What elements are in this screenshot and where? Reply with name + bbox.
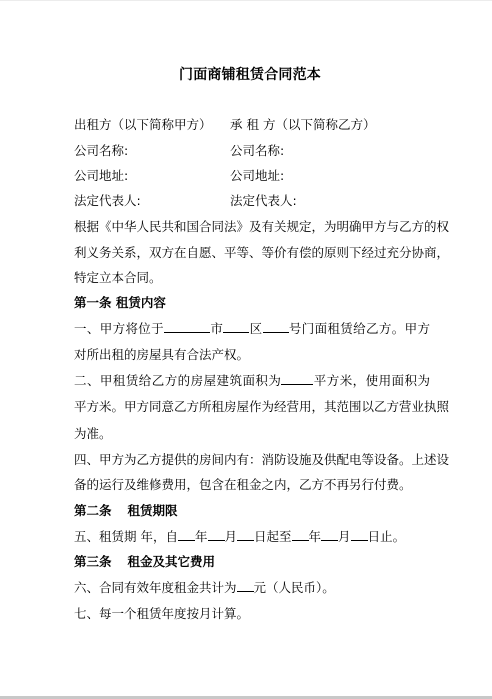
section-2-title: 租赁期限 — [128, 503, 178, 518]
clause-5-end-year-label: 年 — [309, 529, 322, 544]
clause-4-line-2: 备的运行及维修费用，包含在租金之内，乙方不再另行付费。 — [74, 475, 412, 495]
clause-1-text-b: 市 — [210, 321, 223, 336]
company-name-row: 公司名称: 公司名称: — [74, 141, 434, 161]
section-3-title: 租金及其它费用 — [128, 554, 216, 569]
section-2-heading: 第二条租赁期限 — [74, 501, 178, 521]
annual-rent-blank — [237, 578, 254, 592]
start-month-blank — [208, 527, 225, 541]
start-year-blank — [178, 527, 195, 541]
clause-2-text-a: 二、甲租赁给乙方的房屋建筑面积为 — [74, 373, 281, 388]
company-address-row: 公司地址: 公司地址: — [74, 166, 434, 186]
end-month-blank — [321, 527, 338, 541]
lessee-company-name-label: 公司名称: — [230, 141, 284, 161]
parties-header-row: 出租方（以下简称甲方） 承 租 方（以下简称乙方） — [74, 115, 434, 135]
preamble-line-3: 特定立本合同。 — [74, 268, 162, 288]
lessee-company-address-label: 公司地址: — [230, 166, 284, 186]
clause-5-text-b: 日起至 — [254, 529, 292, 544]
clause-5-line: 五、租赁期 年，自年月日起至年月日止。 — [74, 527, 405, 547]
page-top-border — [0, 0, 492, 1]
city-blank — [164, 319, 210, 333]
end-year-blank — [292, 527, 309, 541]
clause-5-text-c: 日止。 — [368, 529, 406, 544]
clause-1-line-2: 对所出租的房屋具有合法产权。 — [74, 345, 249, 365]
preamble-line-1: 根据《中华人民共和国合同法》及有关规定，为明确甲方与乙方的权 — [74, 217, 430, 237]
legal-rep-row: 法定代表人: 法定代表人: — [74, 191, 434, 211]
start-day-blank — [237, 527, 254, 541]
lessor-company-name-label: 公司名称: — [74, 143, 128, 158]
district-blank — [223, 319, 249, 333]
clause-6-line: 六、合同有效年度租金共计为元（人民币）。 — [74, 578, 335, 598]
number-blank — [263, 319, 289, 333]
section-3-heading: 第三条租金及其它费用 — [74, 552, 215, 572]
lessee-legal-rep-label: 法定代表人: — [230, 191, 297, 211]
document-title: 门面商铺租赁合同范本 — [74, 64, 426, 84]
clause-1-text-c: 区 — [249, 321, 262, 336]
lessor-company-address-label: 公司地址: — [74, 168, 128, 183]
clause-5-text-a: 五、租赁期 年，自 — [74, 529, 178, 544]
section-1-heading: 第一条 租赁内容 — [74, 293, 166, 313]
lessee-label: 承 租 方（以下简称乙方） — [230, 115, 375, 135]
lessor-legal-rep-label: 法定代表人: — [74, 193, 141, 208]
end-day-blank — [351, 527, 368, 541]
clause-1-text-d: 号门面租赁给乙方。甲方 — [289, 321, 430, 336]
section-3-number: 第三条 — [74, 554, 112, 569]
preamble-line-2: 利义务关系，双方在自愿、平等、等价有偿的原则下经过充分协商， — [74, 243, 430, 263]
clause-2-text-b: 平方米，使用面积为 — [313, 373, 430, 388]
clause-5-year-label: 年 — [195, 529, 208, 544]
clause-6-text-a: 六、合同有效年度租金共计为 — [74, 580, 237, 595]
clause-2-line-1: 二、甲租赁给乙方的房屋建筑面积为平方米，使用面积为 — [74, 371, 430, 391]
clause-4-line-1: 四、甲方为乙方提供的房间内有：消防设施及供配电等设备。上述设 — [74, 450, 430, 470]
clause-5-end-month-label: 月 — [338, 529, 351, 544]
clause-6-text-b: 元（人民币）。 — [254, 580, 335, 595]
clause-5-month-label: 月 — [225, 529, 238, 544]
section-2-number: 第二条 — [74, 503, 112, 518]
clause-2-line-3: 为准。 — [74, 424, 112, 444]
clause-7-line: 七、每一个租赁年度按月计算。 — [74, 604, 249, 624]
lessor-label: 出租方（以下简称甲方） — [74, 117, 212, 132]
building-area-blank — [281, 371, 313, 385]
clause-2-line-2: 平方米。甲方同意乙方所租房屋作为经营用，其范围以乙方营业执照 — [74, 397, 430, 417]
clause-1-line-1: 一、甲方将位于市区号门面租赁给乙方。甲方 — [74, 319, 430, 339]
clause-1-text-a: 一、甲方将位于 — [74, 321, 164, 336]
